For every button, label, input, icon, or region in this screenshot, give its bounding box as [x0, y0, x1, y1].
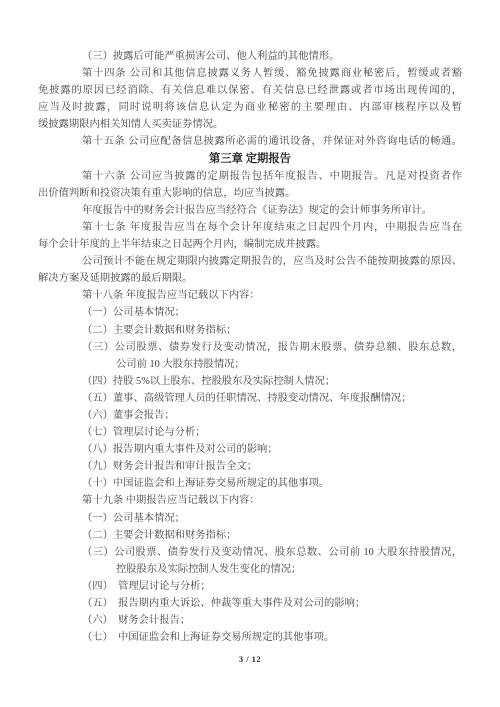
text-line: 年度报告中的财务会计报告应当经符合《证券法》规定的会计师事务所审计。 [38, 202, 462, 219]
article-line: 第十六条 公司应当披露的定期报告包括年度报告、中期报告。凡是对投资者作 [38, 168, 462, 185]
text-line: 出价值判断和投资决策有重大影响的信息，均应当披露。 [38, 185, 462, 202]
article-line: 第十四条 公司和其他信息披露义务人暂缓、豁免披露商业秘密后，暂缓或者豁 [38, 65, 462, 82]
text-line: 每个会计年度的上半年结束之日起两个月内，编制完成并披露。 [38, 236, 462, 253]
list-item-line: （六） 财务会计报告； [38, 612, 462, 629]
chapter-heading: 第三章 定期报告 [38, 151, 462, 168]
list-item-line: （七） 中国证监会和上海证券交易所规定的其他事项。 [38, 629, 462, 646]
document-page: （三）披露后可能严重损害公司、他人利益的其他情形。 第十四条 公司和其他信息披露… [0, 0, 500, 665]
list-item-continuation: 公司前 10 大股东持股情况； [38, 356, 462, 373]
article-line: 第十九条 中期报告应当记载以下内容： [38, 492, 462, 509]
page-number: 3 / 12 [38, 653, 462, 665]
list-item-line: （八）报告期内重大事件及对公司的影响； [38, 441, 462, 458]
list-item-line: （五）董事、高级管理人员的任职情况、持股变动情况、年度报酬情况； [38, 390, 462, 407]
list-item-line: （四） 管理层讨论与分析； [38, 578, 462, 595]
text-line: 公司预计不能在规定期限内披露定期报告的，应当及时公告不能按期披露的原因、 [38, 253, 462, 270]
text-line: 解决方案及延期披露的最后期限。 [38, 270, 462, 287]
list-item-line: （六）董事会报告； [38, 407, 462, 424]
list-item-line: （四）持股 5%以上股东、控股股东及实际控制人情况； [38, 373, 462, 390]
list-item-line: （二）主要会计数据和财务指标； [38, 527, 462, 544]
list-item-line: （十）中国证监会和上海证券交易所规定的其他事项。 [38, 475, 462, 492]
list-item-line: （三）披露后可能严重损害公司、他人利益的其他情形。 [38, 48, 462, 65]
text-line: 应当及时披露，同时说明将该信息认定为商业秘密的主要理由、内部审核程序以及暂 [38, 99, 462, 116]
list-item-line: （三）公司股票、债券发行及变动情况，报告期末股票、债券总额、股东总数， [38, 339, 462, 356]
list-item-continuation: 控股股东及实际控制人发生变化的情况； [38, 561, 462, 578]
text-line: 缓披露期限内相关知情人买卖证券情况。 [38, 116, 462, 133]
list-item-line: （一）公司基本情况； [38, 304, 462, 321]
list-item-line: （七）管理层讨论与分析； [38, 424, 462, 441]
list-item-line: （九）财务会计报告和审计报告全文； [38, 458, 462, 475]
list-item-line: （五） 报告期内重大诉讼、仲裁等重大事件及对公司的影响； [38, 595, 462, 612]
text-line: 免披露的原因已经消除、有关信息难以保密、有关信息已经泄露或者市场出现传闻的， [38, 82, 462, 99]
article-line: 第十五条 公司应配备信息披露所必需的通讯设备，并保证对外咨询电话的畅通。 [38, 133, 462, 150]
article-line: 第十七条 年度报告应当在每个会计年度结束之日起四个月内，中期报告应当在 [38, 219, 462, 236]
list-item-line: （三）公司股票、债券发行及变动情况、股东总数、公司前 10 大股东持股情况， [38, 544, 462, 561]
list-item-line: （二）主要会计数据和财务指标； [38, 322, 462, 339]
article-line: 第十八条 年度报告应当记载以下内容： [38, 287, 462, 304]
list-item-line: （一）公司基本情况； [38, 510, 462, 527]
